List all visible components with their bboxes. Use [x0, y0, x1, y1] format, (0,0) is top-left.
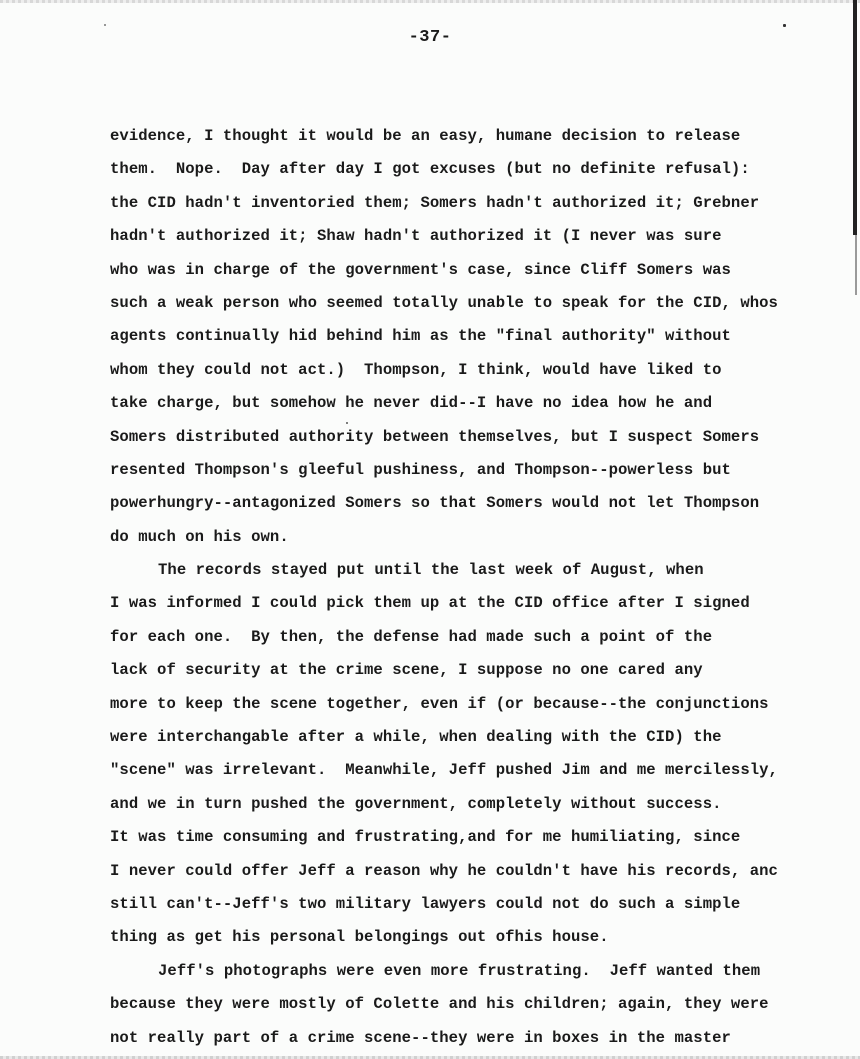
text-line: whom they could not act.) Thompson, I th…	[110, 358, 860, 391]
text-line: Jeff's photographs were even more frustr…	[110, 959, 860, 992]
scan-speck	[104, 24, 106, 26]
text-line: them. Nope. Day after day I got excuses …	[110, 157, 860, 190]
text-line: I never could offer Jeff a reason why he…	[110, 859, 860, 892]
text-line: more to keep the scene together, even if…	[110, 692, 860, 725]
text-line: thing as get his personal belongings out…	[110, 925, 860, 958]
text-line: hadn't authorized it; Shaw hadn't author…	[110, 224, 860, 257]
text-line: I was informed I could pick them up at t…	[110, 591, 860, 624]
text-line: lack of security at the crime scene, I s…	[110, 658, 860, 691]
document-body: evidence, I thought it would be an easy,…	[110, 124, 860, 1059]
text-line: such a weak person who seemed totally un…	[110, 291, 860, 324]
text-line: because they were mostly of Colette and …	[110, 992, 860, 1025]
text-line: agents continually hid behind him as the…	[110, 324, 860, 357]
text-line: and we in turn pushed the government, co…	[110, 792, 860, 825]
text-line: Somers distributed authority between the…	[110, 425, 860, 458]
text-line: take charge, but somehow he never did--I…	[110, 391, 860, 424]
text-line: the CID hadn't inventoried them; Somers …	[110, 191, 860, 224]
page-number: -37-	[0, 28, 860, 47]
scan-top-edge	[0, 0, 860, 3]
text-line: The records stayed put until the last we…	[110, 558, 860, 591]
text-line: powerhungry--antagonized Somers so that …	[110, 491, 860, 524]
text-line: resented Thompson's gleeful pushiness, a…	[110, 458, 860, 491]
text-line: evidence, I thought it would be an easy,…	[110, 124, 860, 157]
text-line: were interchangable after a while, when …	[110, 725, 860, 758]
scan-speck	[783, 24, 786, 27]
text-line: It was time consuming and frustrating,an…	[110, 825, 860, 858]
text-line: do much on his own.	[110, 525, 860, 558]
text-line: not really part of a crime scene--they w…	[110, 1026, 860, 1059]
text-line: for each one. By then, the defense had m…	[110, 625, 860, 658]
text-line: "scene" was irrelevant. Meanwhile, Jeff …	[110, 758, 860, 791]
text-line: still can't--Jeff's two military lawyers…	[110, 892, 860, 925]
text-line: who was in charge of the government's ca…	[110, 258, 860, 291]
